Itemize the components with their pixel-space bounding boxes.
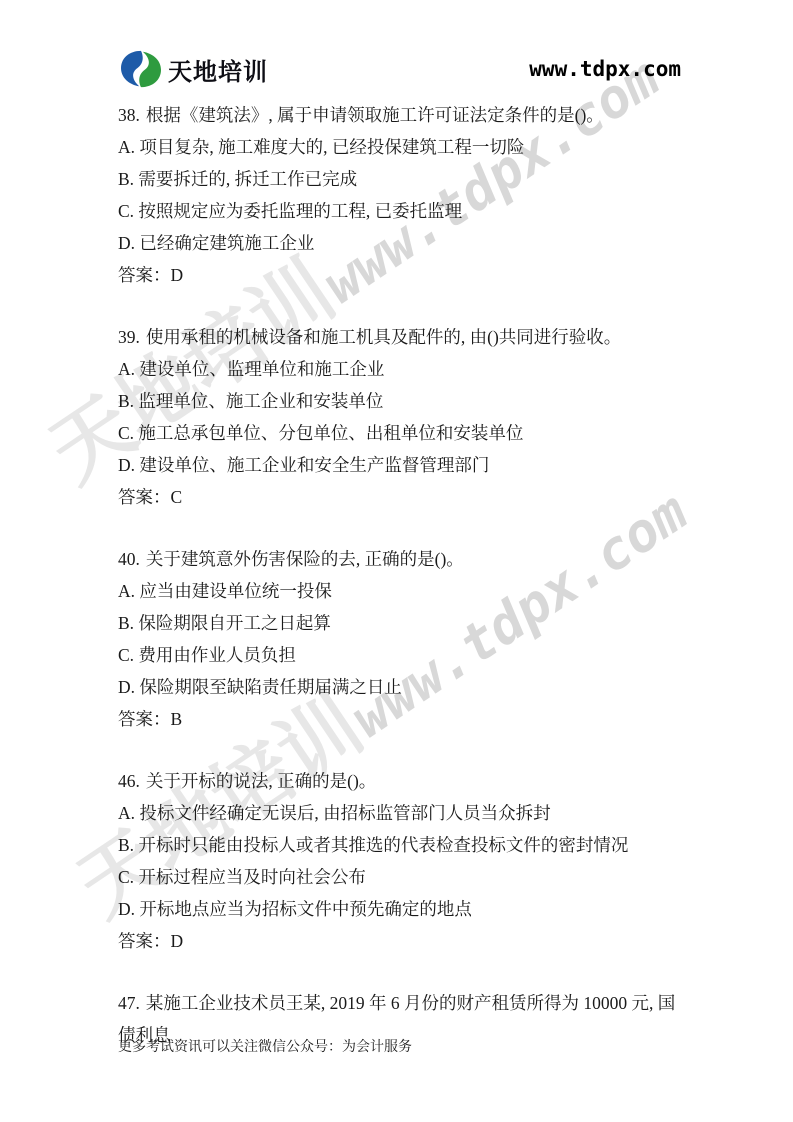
question-stem: 38.根据《建筑法》, 属于申请领取施工许可证法定条件的是()。 bbox=[118, 99, 686, 131]
swirl-logo-icon bbox=[118, 49, 164, 89]
option-d: D. 开标地点应当为招标文件中预先确定的地点 bbox=[118, 893, 686, 925]
question-stem: 46.关于开标的说法, 正确的是()。 bbox=[118, 765, 686, 797]
option-c: C. 费用由作业人员负担 bbox=[118, 639, 686, 671]
answer-line: 答案：C bbox=[118, 481, 686, 513]
question-number: 39. bbox=[118, 327, 140, 347]
option-c: C. 开标过程应当及时向社会公布 bbox=[118, 861, 686, 893]
question-number: 46. bbox=[118, 771, 140, 791]
option-c: C. 施工总承包单位、分包单位、出租单位和安装单位 bbox=[118, 417, 686, 449]
questions-area: 38.根据《建筑法》, 属于申请领取施工许可证法定条件的是()。 A. 项目复杂… bbox=[118, 99, 686, 1051]
answer-label: 答案： bbox=[118, 487, 171, 507]
answer-line: 答案：D bbox=[118, 259, 686, 291]
footer-note: 更多考试资讯可以关注微信公众号：为会计服务 bbox=[118, 1036, 412, 1060]
answer-line: 答案：B bbox=[118, 703, 686, 735]
answer-label: 答案： bbox=[118, 931, 171, 951]
option-a: A. 投标文件经确定无误后, 由招标监管部门人员当众拆封 bbox=[118, 797, 686, 829]
answer-value: D bbox=[171, 931, 184, 951]
option-d: D. 已经确定建筑施工企业 bbox=[118, 227, 686, 259]
question-stem: 40.关于建筑意外伤害保险的去, 正确的是()。 bbox=[118, 543, 686, 575]
answer-value: B bbox=[171, 709, 183, 729]
site-url: www.tdpx.com bbox=[529, 57, 681, 81]
brand-logo: 天地培训 bbox=[118, 49, 268, 89]
brand-name: 天地培训 bbox=[168, 52, 268, 87]
question-stem-text: 使用承租的机械设备和施工机具及配件的, 由()共同进行验收。 bbox=[146, 327, 621, 347]
answer-value: C bbox=[171, 487, 183, 507]
question-block-46: 46.关于开标的说法, 正确的是()。 A. 投标文件经确定无误后, 由招标监管… bbox=[118, 765, 686, 957]
question-block-38: 38.根据《建筑法》, 属于申请领取施工许可证法定条件的是()。 A. 项目复杂… bbox=[118, 99, 686, 291]
question-number: 47. bbox=[118, 993, 140, 1013]
question-block-39: 39.使用承租的机械设备和施工机具及配件的, 由()共同进行验收。 A. 建设单… bbox=[118, 321, 686, 513]
document-page: 天地培训www.tdpx.com 天地培训www.tdpx.com 天地培训 w… bbox=[0, 0, 793, 1122]
option-a: A. 建设单位、监理单位和施工企业 bbox=[118, 353, 686, 385]
option-c: C. 按照规定应为委托监理的工程, 已委托监理 bbox=[118, 195, 686, 227]
question-block-40: 40.关于建筑意外伤害保险的去, 正确的是()。 A. 应当由建设单位统一投保 … bbox=[118, 543, 686, 735]
page-header: 天地培训 www.tdpx.com bbox=[118, 46, 681, 92]
option-b: B. 需要拆迁的, 拆迁工作已完成 bbox=[118, 163, 686, 195]
answer-line: 答案：D bbox=[118, 925, 686, 957]
answer-label: 答案： bbox=[118, 265, 171, 285]
option-b: B. 开标时只能由投标人或者其推选的代表检查投标文件的密封情况 bbox=[118, 829, 686, 861]
option-d: D. 保险期限至缺陷责任期届满之日止 bbox=[118, 671, 686, 703]
question-stem-text: 根据《建筑法》, 属于申请领取施工许可证法定条件的是()。 bbox=[146, 105, 604, 125]
question-number: 38. bbox=[118, 105, 140, 125]
question-stem-text: 关于建筑意外伤害保险的去, 正确的是()。 bbox=[146, 549, 464, 569]
question-stem-text: 关于开标的说法, 正确的是()。 bbox=[146, 771, 376, 791]
option-b: B. 保险期限自开工之日起算 bbox=[118, 607, 686, 639]
option-b: B. 监理单位、施工企业和安装单位 bbox=[118, 385, 686, 417]
option-a: A. 应当由建设单位统一投保 bbox=[118, 575, 686, 607]
option-a: A. 项目复杂, 施工难度大的, 已经投保建筑工程一切险 bbox=[118, 131, 686, 163]
answer-label: 答案： bbox=[118, 709, 171, 729]
option-d: D. 建设单位、施工企业和安全生产监督管理部门 bbox=[118, 449, 686, 481]
question-number: 40. bbox=[118, 549, 140, 569]
question-stem: 39.使用承租的机械设备和施工机具及配件的, 由()共同进行验收。 bbox=[118, 321, 686, 353]
answer-value: D bbox=[171, 265, 184, 285]
